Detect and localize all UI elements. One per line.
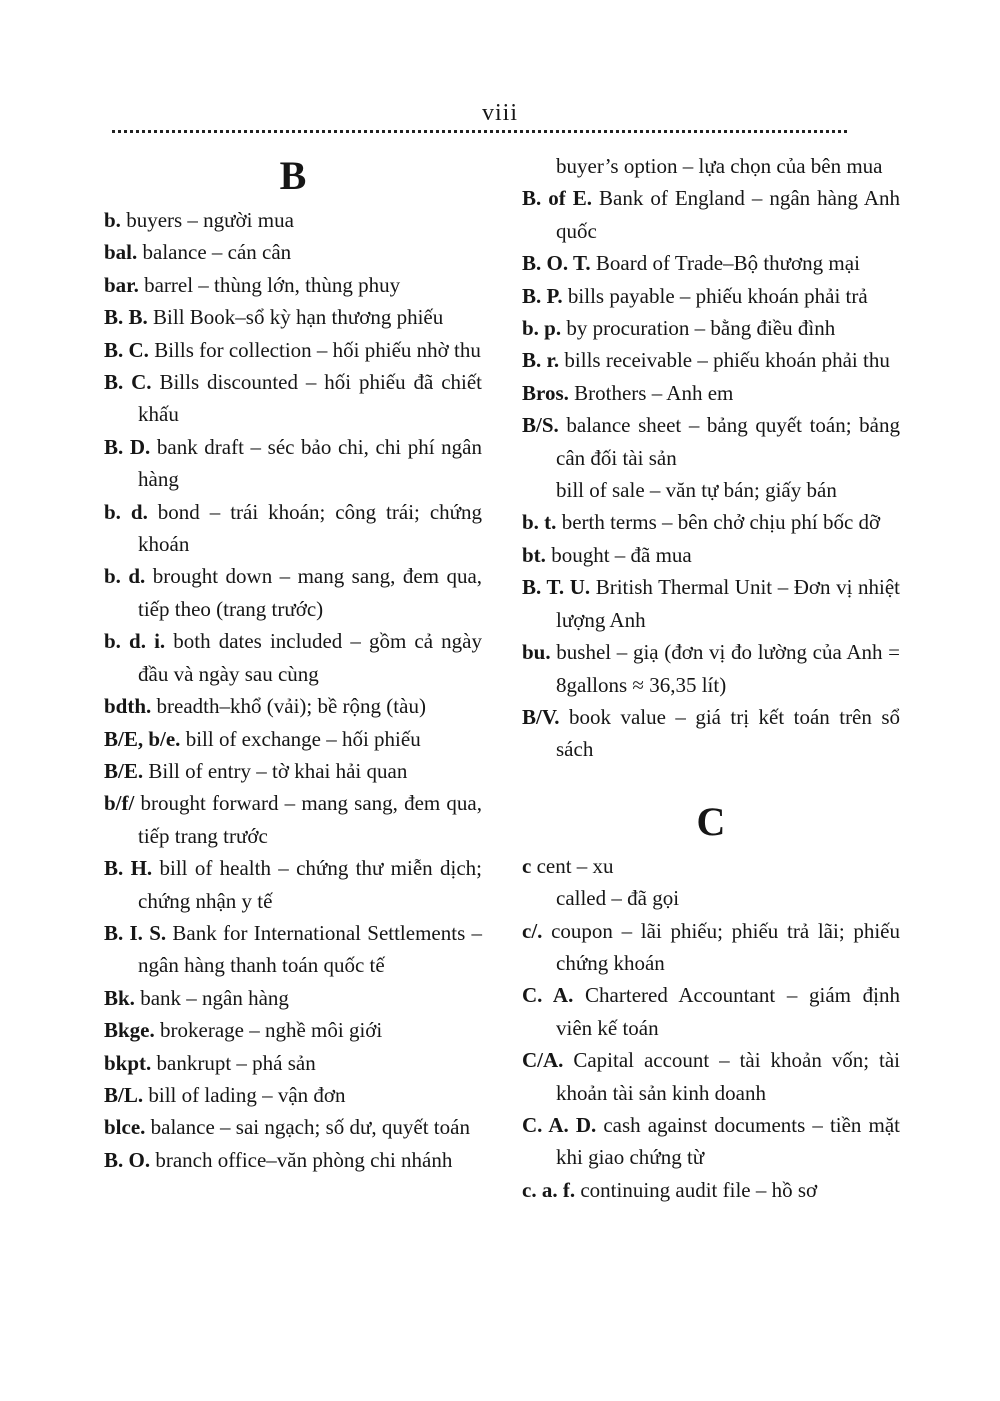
entry-abbreviation: B. O. [104,1148,150,1172]
dictionary-entry: c/. coupon – lãi phiếu; phiếu trả lãi; p… [522,915,900,980]
entry-abbreviation: C/A. [522,1048,563,1072]
entry-abbreviation: bu. [522,640,551,664]
entry-abbreviation: B. C. [104,370,152,394]
entry-abbreviation: bkpt. [104,1051,151,1075]
entry-definition: Capital account – tài khoản vốn; tài kho… [556,1048,900,1104]
entry-list-b: b. buyers – người muabal. balance – cán … [104,204,482,1176]
entry-definition: brokerage – nghề môi giới [160,1018,382,1042]
dictionary-entry: bal. balance – cán cân [104,236,482,268]
entry-definition: bank – ngân hàng [140,986,289,1010]
entry-list-c: c cent – xucalled – đã gọic/. coupon – l… [522,850,900,1206]
entry-abbreviation: bdth. [104,694,151,718]
dictionary-entry: b. d. i. both dates included – gồm cả ng… [104,625,482,690]
left-column: B b. buyers – người muabal. balance – cá… [104,150,482,1176]
dictionary-entry: B. O. T. Board of Trade–Bộ thương mại [522,247,900,279]
entry-abbreviation: bal. [104,240,137,264]
dictionary-entry: B. C. Bills discounted – hối phiếu đã ch… [104,366,482,431]
dictionary-entry: bkpt. bankrupt – phá sản [104,1047,482,1079]
entry-definition: berth terms – bên chở chịu phí bốc dỡ [562,510,880,534]
dictionary-entry: B. P. bills payable – phiếu khoán phải t… [522,280,900,312]
section-gap [522,766,900,796]
entry-abbreviation: b. d. [104,564,145,588]
entry-definition: bills payable – phiếu khoán phải trả [568,284,868,308]
dictionary-entry: c cent – xu [522,850,900,882]
dictionary-entry: bu. bushel – giạ (đơn vị đo lường của An… [522,636,900,701]
entry-definition: bankrupt – phá sản [157,1051,316,1075]
entry-abbreviation: B. I. S. [104,921,166,945]
section-heading-b: B [104,150,482,204]
dictionary-entry: c. a. f. continuing audit file – hồ sơ [522,1174,900,1206]
entry-definition: brought down – mang sang, đem qua, tiếp … [138,564,482,620]
dictionary-entry: bill of sale – văn tự bán; giấy bán [522,474,900,506]
dictionary-entry: bt. bought – đã mua [522,539,900,571]
dictionary-entry: Bkge. brokerage – nghề môi giới [104,1014,482,1046]
entry-abbreviation: B/L. [104,1083,143,1107]
entry-abbreviation: C. A. D. [522,1113,596,1137]
entry-abbreviation: B/V. [522,705,560,729]
entry-abbreviation: B. B. [104,305,148,329]
entry-abbreviation: c. a. f. [522,1178,575,1202]
entry-abbreviation: B. O. T. [522,251,591,275]
dictionary-entry: C/A. Capital account – tài khoản vốn; tà… [522,1044,900,1109]
dictionary-entry: B. B. Bill Book–sổ kỳ hạn thương phiếu [104,301,482,333]
entry-definition: called – đã gọi [556,886,679,910]
entry-abbreviation: B/E, b/e. [104,727,180,751]
dictionary-entry: B. of E. Bank of England – ngân hàng Anh… [522,182,900,247]
entry-abbreviation: B. P. [522,284,563,308]
entry-abbreviation: Bk. [104,986,135,1010]
entry-definition: bill of exchange – hối phiếu [186,727,421,751]
dictionary-entry: buyer’s option – lựa chọn của bên mua [522,150,900,182]
entry-abbreviation: Bros. [522,381,569,405]
entry-abbreviation: B. r. [522,348,559,372]
dictionary-entry: b. d. bond – trái khoán; công trái; chứn… [104,496,482,561]
entry-definition: branch office–văn phòng chi nhánh [155,1148,452,1172]
dictionary-entry: B. D. bank draft – séc bảo chi, chi phí … [104,431,482,496]
entry-abbreviation: B/S. [522,413,559,437]
entry-definition: buyer’s option – lựa chọn của bên mua [556,154,883,178]
entry-abbreviation: B. of E. [522,186,592,210]
dictionary-entry: C. A. Chartered Accountant – giám định v… [522,979,900,1044]
entry-definition: balance – sai ngạch; số dư, quyết toán [151,1115,470,1139]
entry-definition: bank draft – séc bảo chi, chi phí ngân h… [138,435,482,491]
entry-definition: bills receivable – phiếu khoán phải thu [564,348,889,372]
entry-abbreviation: b/f/ [104,791,134,815]
dictionary-entry: B. r. bills receivable – phiếu khoán phả… [522,344,900,376]
entry-abbreviation: B. D. [104,435,150,459]
entry-definition: brought forward – mang sang, đem qua, ti… [138,791,482,847]
entry-definition: Bill Book–sổ kỳ hạn thương phiếu [153,305,443,329]
entry-definition: both dates included – gồm cả ngày đầu và… [138,629,482,685]
entry-definition: Bills discounted – hối phiếu đã chiết kh… [138,370,482,426]
entry-abbreviation: b. t. [522,510,556,534]
entry-abbreviation: b. p. [522,316,561,340]
dictionary-entry: B/V. book value – giá trị kết toán trên … [522,701,900,766]
entry-definition: bushel – giạ (đơn vị đo lường của Anh = … [556,640,900,696]
dictionary-entry: B. T. U. British Thermal Unit – Đơn vị n… [522,571,900,636]
dictionary-entry: b. p. by procuration – bằng điều đình [522,312,900,344]
dictionary-entry: B/S. balance sheet – bảng quyết toán; bả… [522,409,900,474]
entry-abbreviation: Bkge. [104,1018,155,1042]
entry-definition: Bills for collection – hối phiếu nhờ thu [154,338,481,362]
entry-abbreviation: c [522,854,531,878]
entry-definition: bond – trái khoán; công trái; chứng khoá… [138,500,482,556]
section-heading-c: C [522,796,900,850]
entry-abbreviation: blce. [104,1115,145,1139]
dictionary-entry: C. A. D. cash against documents – tiền m… [522,1109,900,1174]
entry-abbreviation: C. A. [522,983,573,1007]
entry-definition: bill of lading – vận đơn [148,1083,345,1107]
entry-definition: coupon – lãi phiếu; phiếu trả lãi; phiếu… [551,919,900,975]
entry-definition: book value – giá trị kết toán trên sổ sá… [556,705,900,761]
dictionary-entry: bar. barrel – thùng lớn, thùng phuy [104,269,482,301]
entry-definition: bought – đã mua [551,543,692,567]
dictionary-entry: B/L. bill of lading – vận đơn [104,1079,482,1111]
entry-abbreviation: B. C. [104,338,149,362]
dictionary-entry: b. d. brought down – mang sang, đem qua,… [104,560,482,625]
entry-definition: cent – xu [537,854,614,878]
dictionary-entry: B/E. Bill of entry – tờ khai hải quan [104,755,482,787]
entry-abbreviation: B. T. U. [522,575,590,599]
entry-definition: British Thermal Unit – Đơn vị nhiệt lượn… [556,575,900,631]
dictionary-entry: b/f/ brought forward – mang sang, đem qu… [104,787,482,852]
dictionary-entry: blce. balance – sai ngạch; số dư, quyết … [104,1111,482,1143]
page-number: viii [0,100,1000,127]
dictionary-entry: B. I. S. Bank for International Settleme… [104,917,482,982]
entry-list-b-continued: buyer’s option – lựa chọn của bên muaB. … [522,150,900,766]
dictionary-entry: Bk. bank – ngân hàng [104,982,482,1014]
dictionary-entry: B/E, b/e. bill of exchange – hối phiếu [104,723,482,755]
entry-abbreviation: B/E. [104,759,143,783]
entry-definition: Bank for International Settlements – ngâ… [138,921,482,977]
entry-definition: buyers – người mua [126,208,294,232]
entry-abbreviation: b. d. i. [104,629,165,653]
right-column: buyer’s option – lựa chọn của bên muaB. … [522,150,900,1206]
dictionary-entry: b. buyers – người mua [104,204,482,236]
entry-definition: by procuration – bằng điều đình [566,316,835,340]
entry-abbreviation: bar. [104,273,139,297]
dictionary-entry: Bros. Brothers – Anh em [522,377,900,409]
dictionary-entry: b. t. berth terms – bên chở chịu phí bốc… [522,506,900,538]
entry-abbreviation: c/. [522,919,542,943]
entry-definition: bill of health – chứng thư miễn dịch; ch… [138,856,482,912]
entry-abbreviation: bt. [522,543,546,567]
dictionary-entry: B. H. bill of health – chứng thư miễn dị… [104,852,482,917]
entry-definition: bill of sale – văn tự bán; giấy bán [556,478,837,502]
entry-abbreviation: b. [104,208,121,232]
entry-definition: Board of Trade–Bộ thương mại [596,251,860,275]
entry-definition: Brothers – Anh em [574,381,733,405]
entry-definition: balance – cán cân [143,240,292,264]
entry-definition: Bill of entry – tờ khai hải quan [148,759,407,783]
entry-definition: Bank of England – ngân hàng Anh quốc [556,186,900,242]
entry-abbreviation: B. H. [104,856,152,880]
dictionary-entry: B. O. branch office–văn phòng chi nhánh [104,1144,482,1176]
dictionary-entry: B. C. Bills for collection – hối phiếu n… [104,334,482,366]
entry-definition: cash against documents – tiền mặt khi gi… [556,1113,900,1169]
entry-definition: Chartered Accountant – giám định viên kế… [556,983,900,1039]
entry-abbreviation: b. d. [104,500,148,524]
dictionary-entry: bdth. breadth–khổ (vải); bề rộng (tàu) [104,690,482,722]
dictionary-entry: called – đã gọi [522,882,900,914]
entry-definition: continuing audit file – hồ sơ [580,1178,817,1202]
entry-definition: barrel – thùng lớn, thùng phuy [144,273,400,297]
header-dotted-rule [112,130,847,133]
entry-definition: breadth–khổ (vải); bề rộng (tàu) [157,694,426,718]
entry-definition: balance sheet – bảng quyết toán; bảng câ… [556,413,900,469]
